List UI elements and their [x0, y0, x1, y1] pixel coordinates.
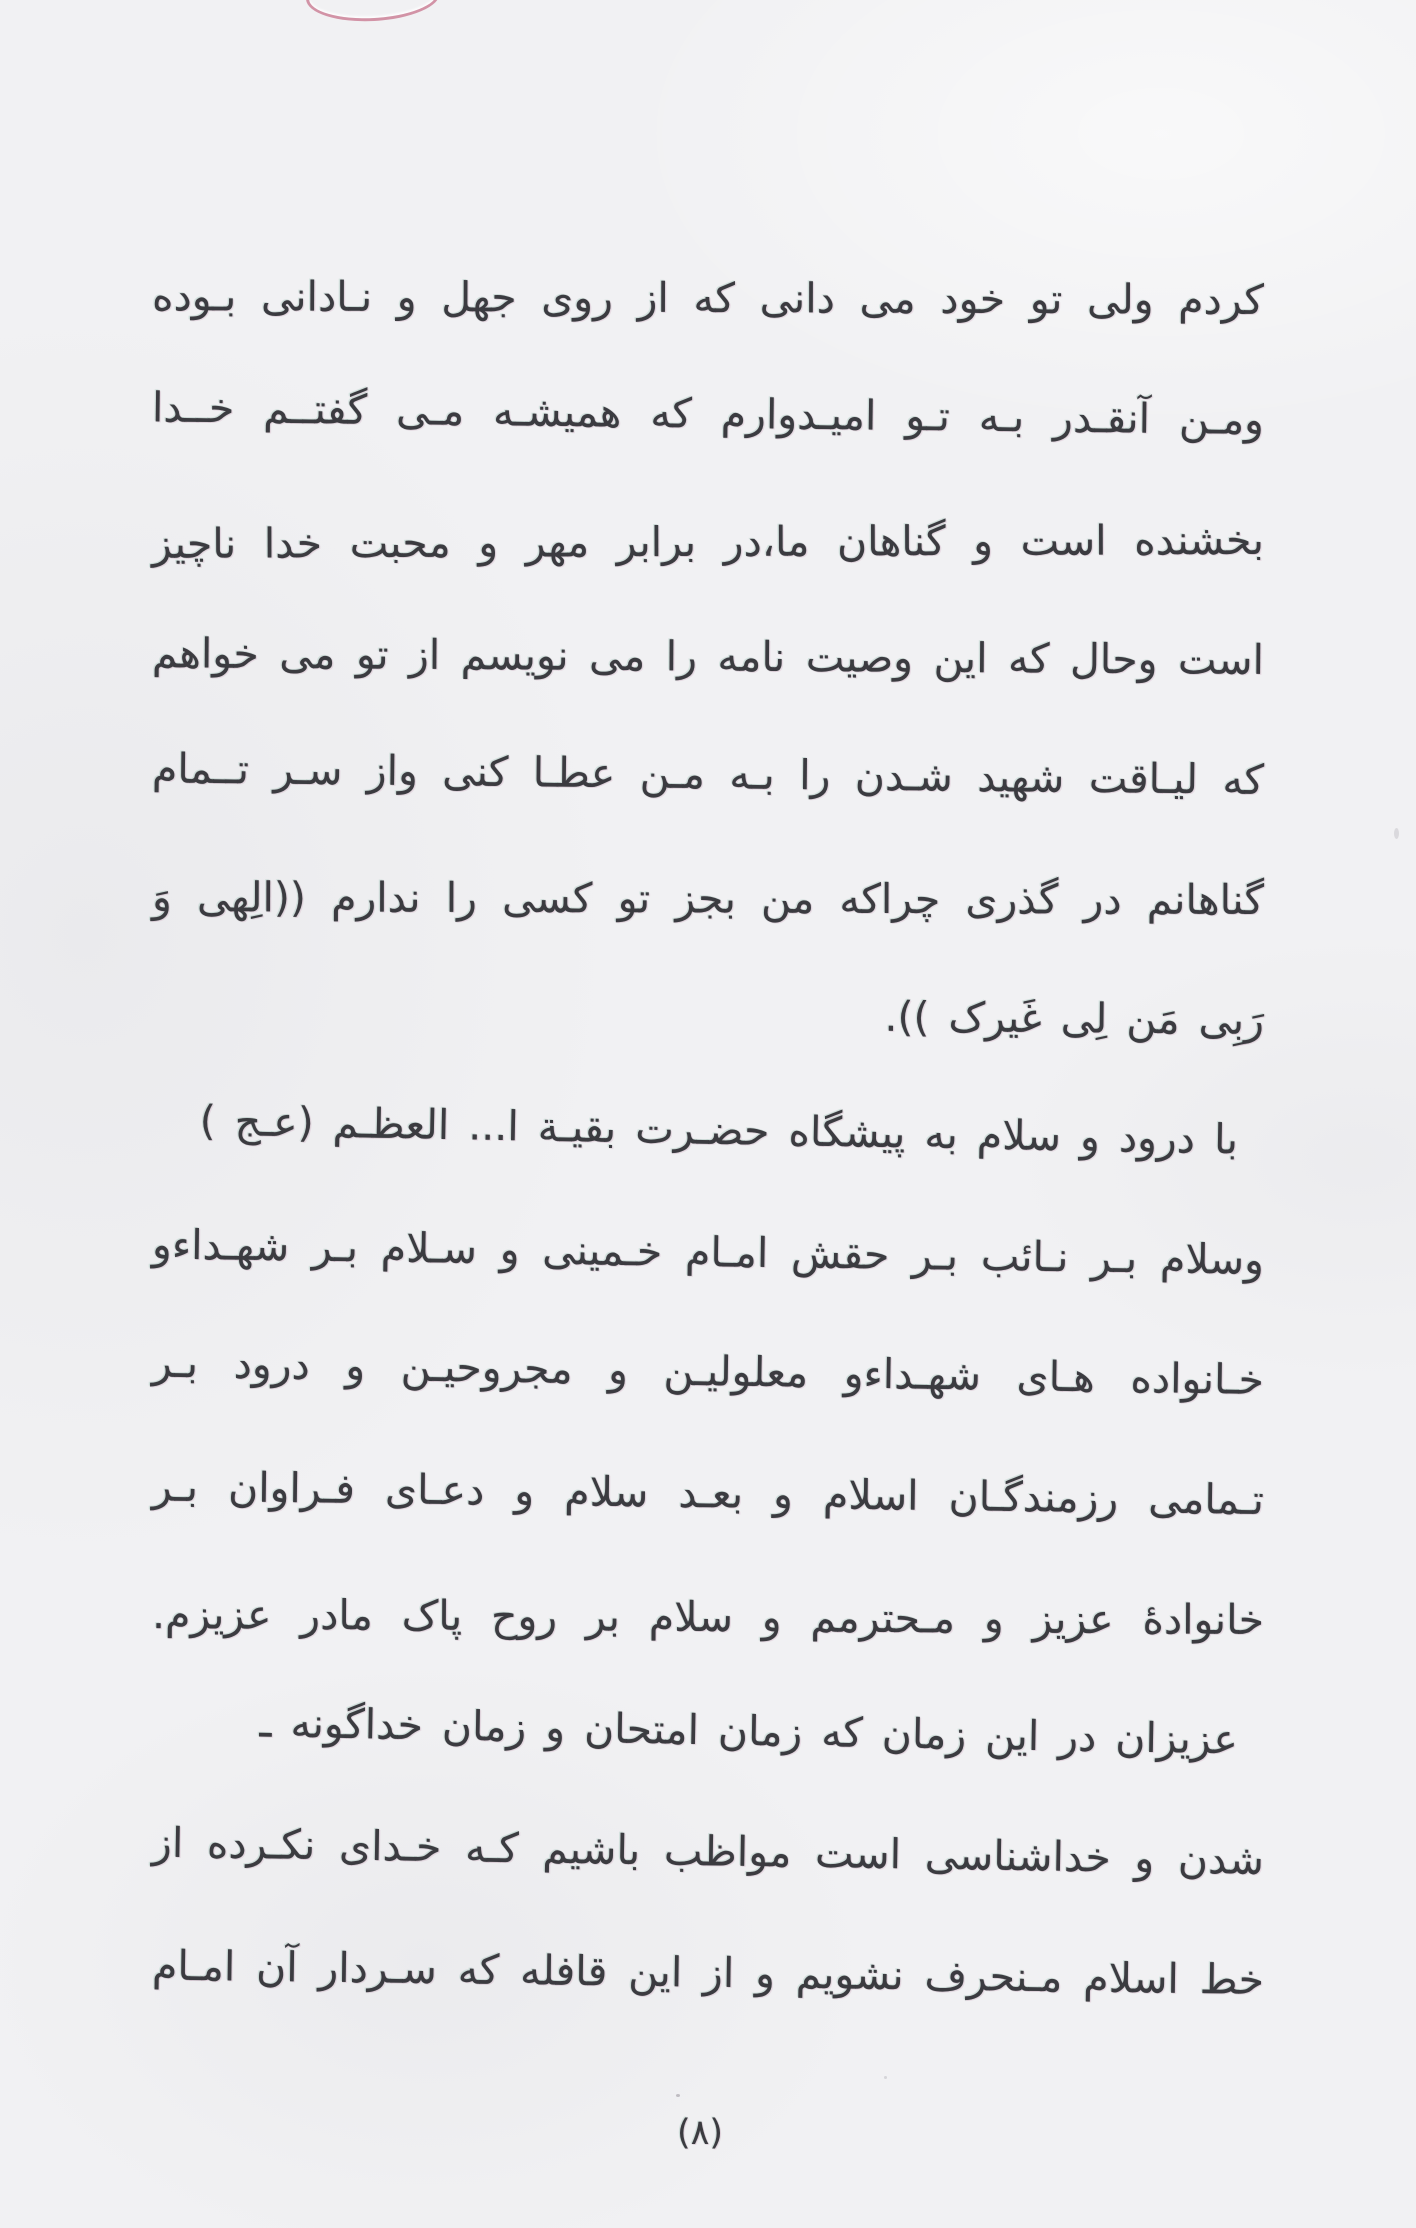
scanned-page: کردم ولی تو خود می دانی که از روی جهل و …	[0, 0, 1416, 2228]
handwritten-line: عزیزان در این زمان که زمان امتحان و زمان…	[151, 1661, 1265, 1800]
page-number: (۸)	[0, 2098, 1408, 2168]
handwritten-line: گناهانم در گذری چراکه من بجز تو کسی را ن…	[152, 837, 1264, 960]
paper-speck	[884, 2076, 887, 2079]
handwritten-line: است وحال که این وصیت نامه را می نویسم از…	[152, 593, 1265, 720]
partial-stamp-mark	[305, 0, 441, 24]
paper-speck	[676, 2094, 680, 2097]
handwritten-line: خـانواده هـای شهـداءو معلولیـن و مجروحیـ…	[151, 1303, 1265, 1440]
handwritten-line: تـمامی رزمندگـان اسلام و بعـد سلام و دعـ…	[151, 1426, 1264, 1560]
handwritten-line: بخشنده است و گناهان ما،در برابر مهر و مح…	[152, 480, 1264, 604]
handwritten-line: کردم ولی تو خود می دانی که از روی جهل و …	[152, 236, 1264, 360]
handwritten-line: وسلام بـر نـائب بـر حقش امـام خـمینی و س…	[151, 1184, 1265, 1320]
handwritten-line: خانوادهٔ عزیز و مـحترمم و سلام بر روح پا…	[152, 1554, 1265, 1680]
paper-speck	[1394, 828, 1399, 839]
handwritten-line: شدن و خداشناسی است مواظب باشیم کـه خـدای…	[151, 1783, 1265, 1920]
handwritten-line: که لیـاقت شهید شـدن را بـه مـن عطـا کنی …	[151, 708, 1264, 840]
handwritten-line: خط اسلام مـنحرف نشویم و از این قافله که …	[151, 1905, 1264, 2040]
handwritten-line: با درود و سلام به پیشگاه حضـرت بقیـة ا..…	[151, 1060, 1265, 1200]
handwritten-text-block: کردم ولی تو خود می دانی که از روی جهل و …	[152, 240, 1264, 2040]
handwritten-line: ومـن آنقـدر بـه تـو امیـدوارم که همیشـه …	[151, 347, 1264, 480]
handwritten-line: رَبِی مَن لِی غَیرک )).	[152, 950, 1265, 1080]
